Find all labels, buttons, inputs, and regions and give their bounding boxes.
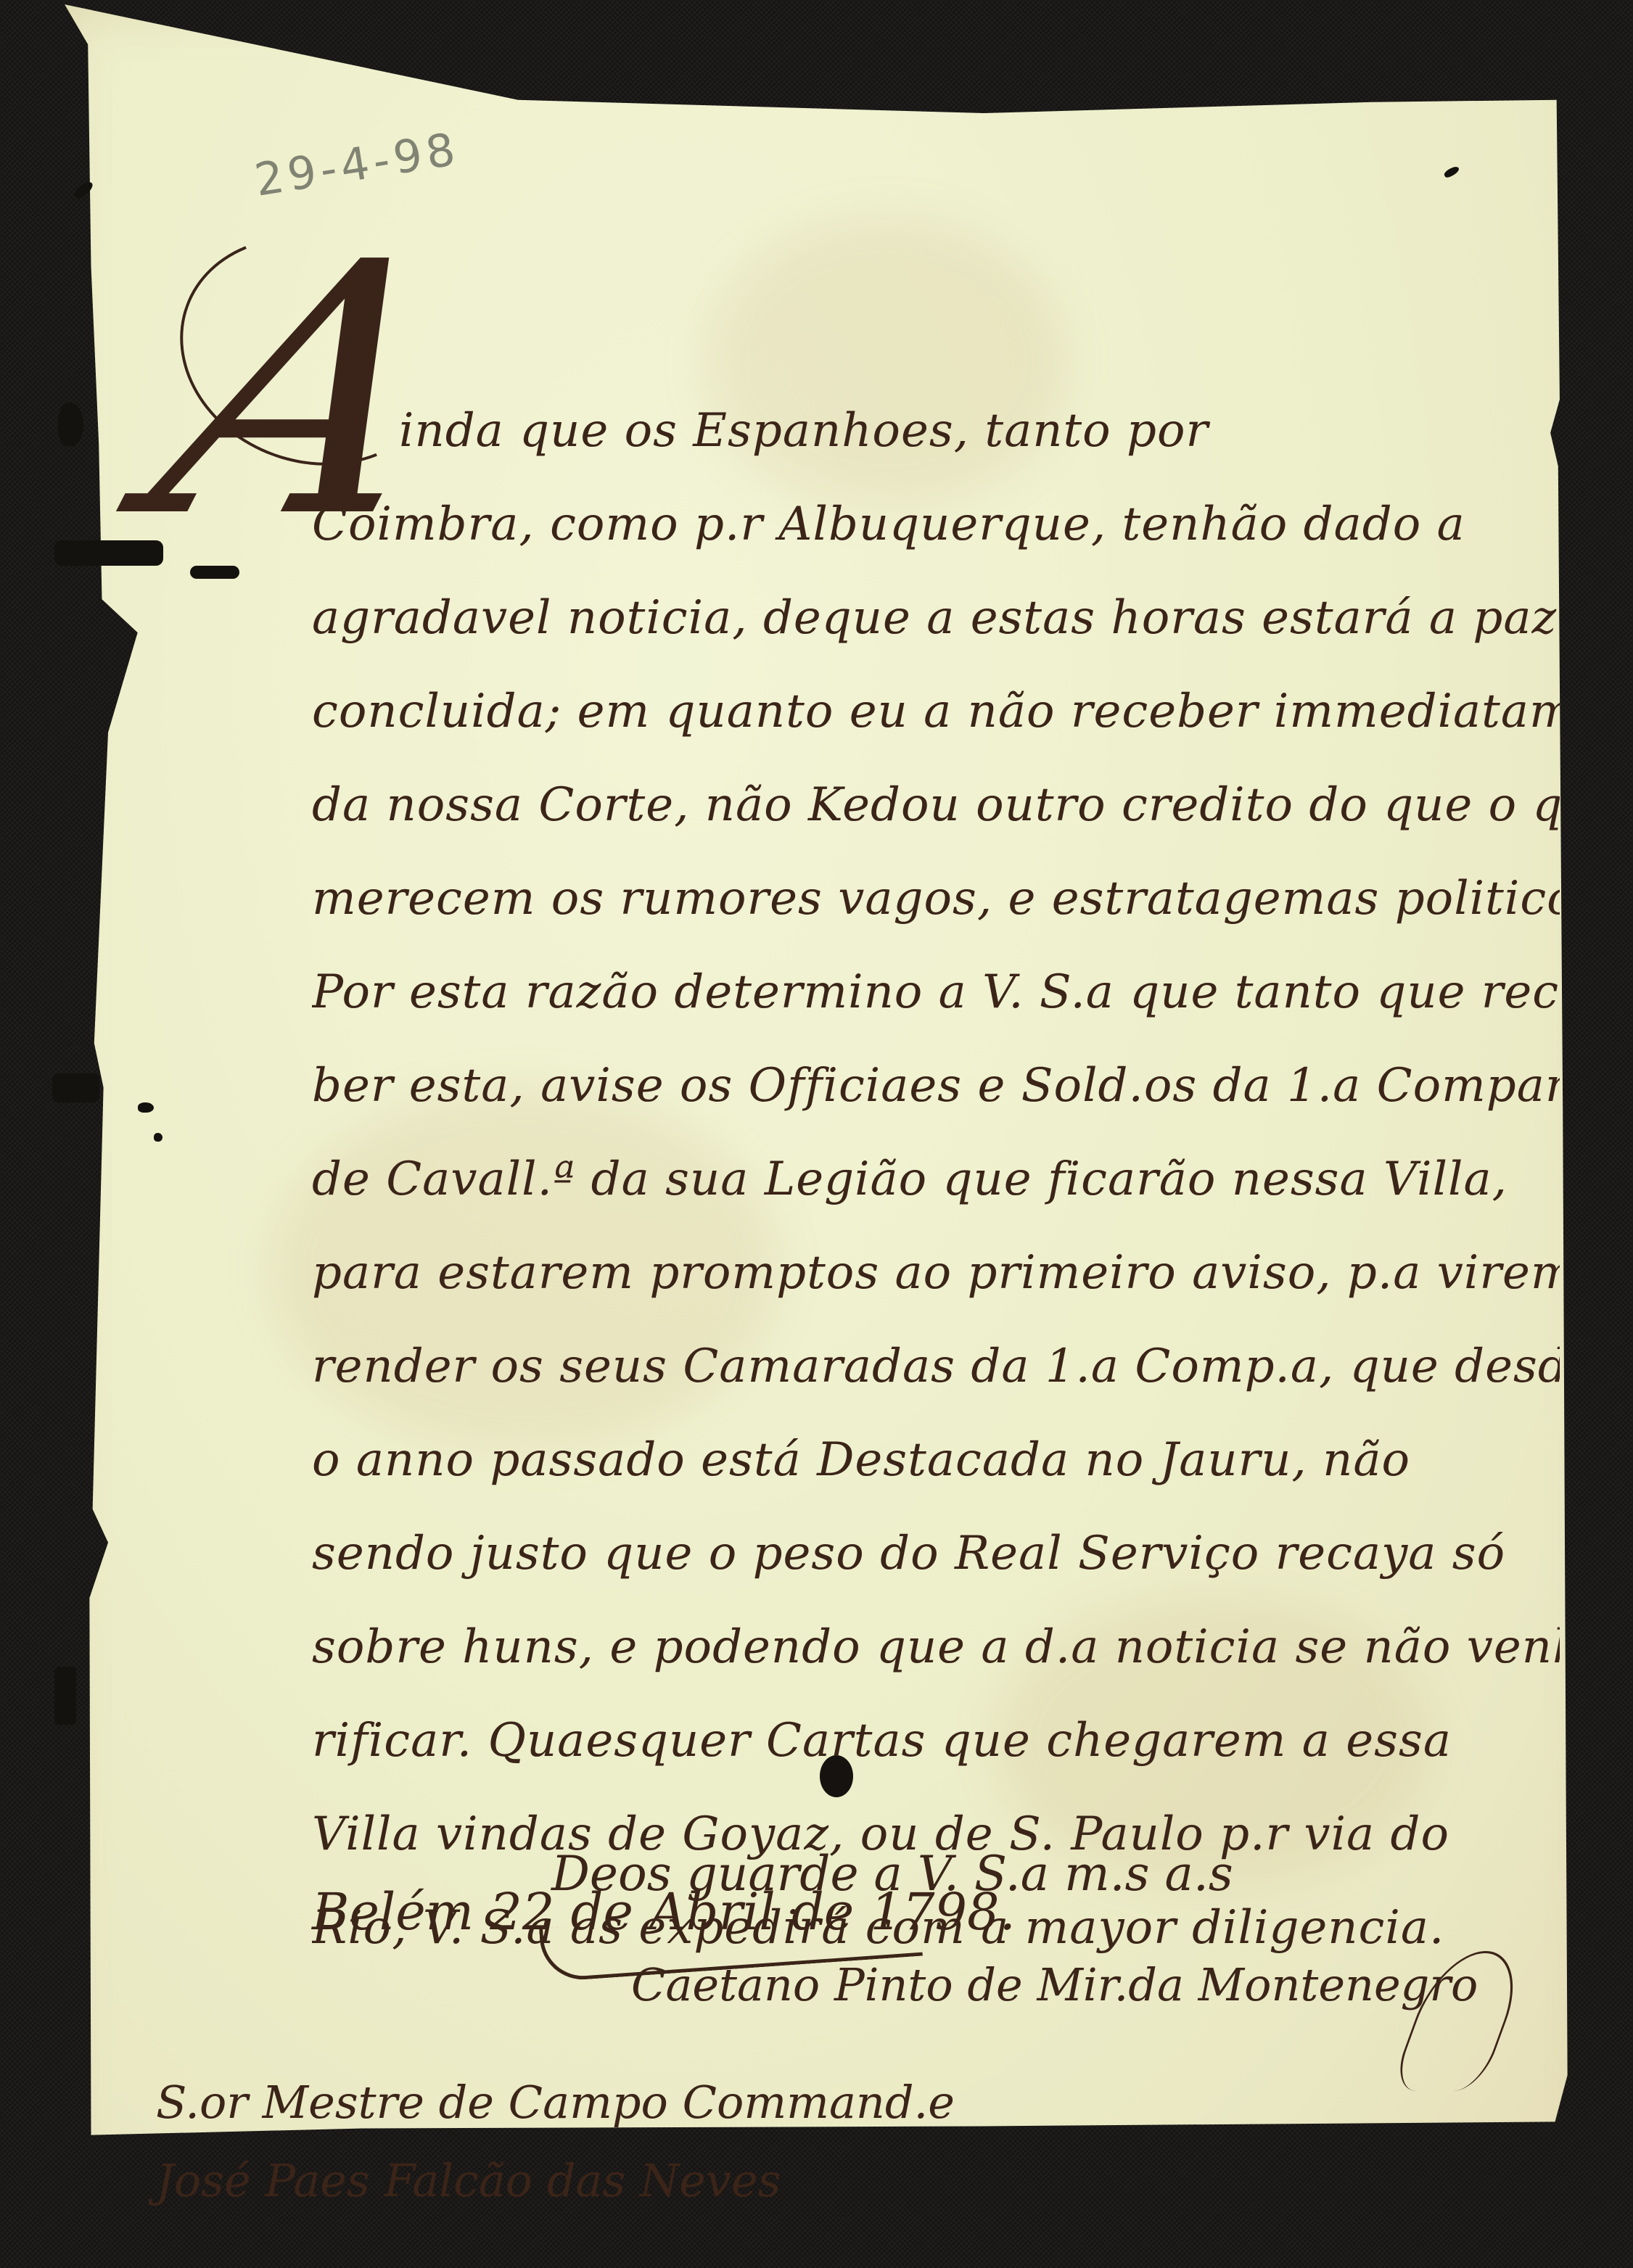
body-line: rificar. Quaesquer Cartas que chegarem a… [312,1694,1560,1788]
body-line: de Cavall.ª da sua Legião que ficarão ne… [312,1133,1560,1226]
addressee-line: S.or Mestre de Campo Command.e [156,2063,955,2142]
body-line: concluida; em quanto eu a não receber im… [312,665,1560,759]
body-line: sendo justo que o peso do Real Serviço r… [312,1507,1560,1601]
body-line: Coimbra, como p.r Albuquerque, tenhão da… [312,478,1560,572]
edge-damage [54,1667,76,1725]
dateline: Belém 22 de Abril de 1798. [312,1882,1016,1942]
body-line: da nossa Corte, não Kedou outro credito … [312,759,1560,852]
body-line: agradavel noticia, deque a estas horas e… [312,572,1560,665]
body-line: sobre huns, e podendo que a d.a noticia … [312,1601,1560,1694]
body-line: Por esta razão determino a V. S.a que ta… [312,946,1560,1039]
letter-body: inda que os Espanhoes, tanto por Coimbra… [312,384,1560,1975]
addressee-line: José Paes Falcão das Neves [156,2142,955,2220]
body-line: render os seus Camaradas da 1.a Comp.a, … [312,1320,1560,1414]
body-line: inda que os Espanhoes, tanto por [312,384,1560,478]
body-line: ber esta, avise os Officiaes e Sold.os d… [312,1039,1560,1133]
body-line: o anno passado está Destacada no Jauru, … [312,1414,1560,1507]
body-line: merecem os rumores vagos, e estratagemas… [312,852,1560,946]
body-line: para estarem promptos ao primeiro aviso,… [312,1226,1560,1320]
addressee-block: S.or Mestre de Campo Command.e José Paes… [156,2063,955,2220]
signature: Caetano Pinto de Mir.da Montenegro [631,1958,1478,2011]
edge-damage [52,1073,99,1102]
ink-blot [154,1133,163,1142]
edge-damage [58,403,83,446]
ink-blot [138,1102,154,1113]
